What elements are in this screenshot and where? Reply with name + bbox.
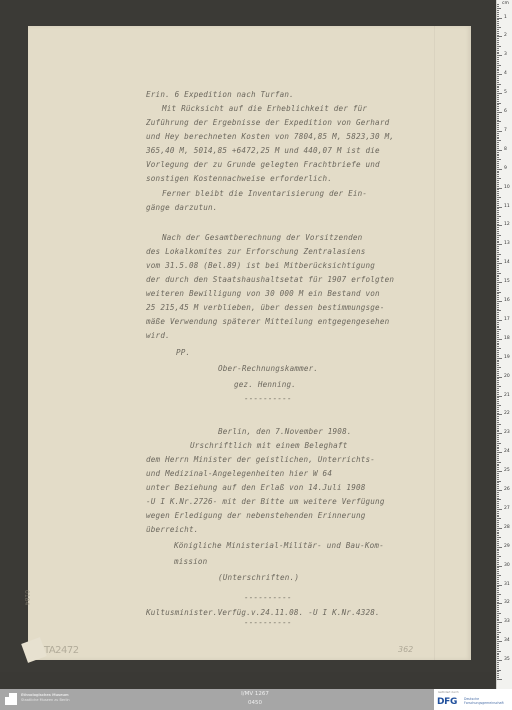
ruler-tick — [497, 227, 499, 228]
ruler-tick — [497, 475, 499, 476]
ruler-tick — [497, 458, 499, 459]
ruler-tick — [497, 632, 501, 633]
ruler-tick — [497, 280, 499, 281]
ruler-tick — [497, 498, 499, 499]
ruler-tick — [497, 392, 499, 393]
ruler-label: 19 — [504, 355, 510, 360]
ruler-tick — [497, 59, 499, 60]
ruler-tick — [497, 82, 499, 83]
text-line: Erin. 6 Expedition nach Turfan. — [146, 90, 294, 99]
ruler-tick — [497, 27, 501, 28]
text-line: mäße Verwendung späterer Mitteilung entg… — [146, 317, 389, 326]
ruler-label: 17 — [504, 317, 510, 322]
ruler-tick — [497, 409, 499, 410]
ruler-tick — [497, 524, 499, 525]
ruler-tick — [497, 649, 499, 650]
ruler-tick — [497, 537, 501, 538]
ruler-tick — [497, 242, 499, 243]
ruler-tick — [497, 666, 499, 667]
ruler-tick — [497, 293, 499, 294]
ruler-tick — [497, 172, 499, 173]
funder-name-line2: Forschungsgemeinschaft — [464, 701, 504, 705]
ruler-tick — [497, 528, 502, 529]
ruler-tick — [497, 358, 502, 359]
text-line: Ober-Rechnungskammer. — [218, 364, 318, 373]
ruler-label: 15 — [504, 279, 510, 284]
ruler-tick — [497, 282, 502, 283]
ruler-tick — [497, 329, 501, 330]
ruler-tick — [497, 4, 499, 5]
ruler-tick — [497, 326, 499, 327]
ruler-tick — [497, 142, 499, 143]
ruler-label: 24 — [504, 449, 510, 454]
text-line: wird. — [146, 331, 170, 340]
ruler-tick — [497, 248, 499, 249]
ruler-tick — [497, 161, 499, 162]
ruler-tick — [497, 465, 499, 466]
ruler-tick — [497, 619, 499, 620]
ruler-tick — [497, 651, 501, 652]
ruler-tick — [497, 473, 499, 474]
ruler-tick — [497, 399, 499, 400]
ruler-tick — [497, 350, 499, 351]
ruler-tick — [497, 636, 499, 637]
ruler-tick — [497, 575, 501, 576]
funder-label: Gefördert durch — [438, 691, 459, 694]
ruler-tick — [497, 382, 499, 383]
ruler-tick — [497, 295, 499, 296]
text-line: Kultusminister.Verfüg.v.24.11.08. -U I K… — [146, 608, 380, 617]
ruler-tick — [497, 133, 499, 134]
ruler-tick — [497, 318, 499, 319]
ruler-tick — [497, 263, 502, 264]
ruler-tick — [497, 199, 499, 200]
ruler-tick — [497, 210, 499, 211]
ruler-tick — [497, 571, 499, 572]
ruler-tick — [497, 380, 499, 381]
ruler-tick — [497, 203, 499, 204]
ruler-tick — [497, 320, 502, 321]
ruler-tick — [497, 448, 499, 449]
ruler-tick — [497, 424, 501, 425]
ruler-tick — [497, 140, 501, 141]
ruler-tick — [497, 265, 499, 266]
ruler-tick — [497, 112, 502, 113]
ruler-tick — [497, 490, 502, 491]
ruler-tick — [497, 235, 501, 236]
ruler-tick — [497, 114, 499, 115]
ruler-tick — [497, 647, 499, 648]
ruler-tick — [497, 52, 499, 53]
ruler-tick — [497, 61, 499, 62]
ruler-tick — [497, 414, 502, 415]
text-line: ---------- — [244, 593, 292, 602]
ruler-tick — [497, 671, 499, 672]
ruler-label: 4 — [504, 71, 507, 76]
ruler-label: 11 — [504, 204, 510, 209]
ruler-label: 31 — [504, 582, 510, 587]
ruler-tick — [497, 118, 499, 119]
ruler-tick — [497, 246, 499, 247]
ruler-tick — [497, 108, 499, 109]
ruler-tick — [497, 72, 499, 73]
ruler-tick — [497, 341, 499, 342]
ruler-tick — [497, 637, 499, 638]
ruler-tick — [497, 428, 499, 429]
text-line: Zuführung der Ergebnisse der Expedition … — [146, 118, 389, 127]
ruler-tick — [497, 189, 499, 190]
ruler-tick — [497, 284, 499, 285]
ruler-tick — [497, 259, 499, 260]
ruler-label: 20 — [504, 374, 510, 379]
ruler-tick — [497, 104, 499, 105]
ruler-tick — [497, 67, 499, 68]
ruler-tick — [497, 677, 499, 678]
ruler-tick — [497, 155, 499, 156]
ruler-tick — [497, 613, 501, 614]
ruler-tick — [497, 443, 501, 444]
ruler-tick — [497, 456, 499, 457]
ruler-label: 34 — [504, 638, 510, 643]
text-line: der durch den Staatshaushaltsetat für 19… — [146, 275, 394, 284]
text-line: 25 215,45 M verblieben, über dessen best… — [146, 303, 385, 312]
ruler-tick — [497, 148, 499, 149]
ruler-tick — [497, 354, 499, 355]
ruler-tick — [497, 558, 499, 559]
ruler-tick — [497, 207, 502, 208]
ruler-tick — [497, 95, 499, 96]
ruler-tick — [497, 437, 499, 438]
margin-note-vertical: 0184 — [23, 590, 30, 605]
ruler-tick — [497, 80, 499, 81]
ruler-tick — [497, 422, 499, 423]
ruler-tick — [497, 516, 499, 517]
ruler-tick — [497, 322, 499, 323]
text-line: des Lokalkomites zur Erforschung Zentral… — [146, 247, 366, 256]
ruler-tick — [497, 125, 499, 126]
ruler-tick — [497, 42, 499, 43]
ruler-tick — [497, 547, 502, 548]
ruler-tick — [497, 208, 499, 209]
text-line: und Medizinal-Angelegenheiten hier W 64 — [146, 469, 332, 478]
ruler-tick — [497, 486, 499, 487]
ruler-tick — [497, 346, 499, 347]
ruler-tick — [497, 477, 499, 478]
ruler-tick — [497, 668, 499, 669]
ruler-tick — [497, 369, 499, 370]
ruler-tick — [497, 550, 499, 551]
ruler-tick — [497, 430, 499, 431]
ruler-tick — [497, 225, 502, 226]
funder-badge: Gefördert durch DFG Deutsche Forschungsg… — [434, 689, 512, 710]
ruler-label: 16 — [504, 298, 510, 303]
ruler-tick — [497, 288, 499, 289]
ruler-tick — [497, 103, 501, 104]
ruler-tick — [497, 386, 501, 387]
ruler-label: 5 — [504, 90, 507, 95]
ruler-tick — [497, 50, 499, 51]
ruler-tick — [497, 365, 499, 366]
ruler-tick — [497, 396, 502, 397]
ruler-label: 35 — [504, 657, 510, 662]
ruler-tick — [497, 541, 499, 542]
ruler-label: 30 — [504, 563, 510, 568]
text-line: ---------- — [244, 618, 292, 627]
ruler-tick — [497, 70, 499, 71]
ruler-tick — [497, 469, 499, 470]
scan-viewport: Erin. 6 Expedition nach Turfan.Mit Rücks… — [0, 0, 497, 672]
ruler-label: 27 — [504, 506, 510, 511]
ruler-tick — [497, 675, 499, 676]
ruler-label: 32 — [504, 600, 510, 605]
ruler-tick — [497, 367, 501, 368]
ruler-label: 6 — [504, 109, 507, 114]
ruler-tick — [497, 89, 499, 90]
ruler-tick — [497, 36, 502, 37]
ruler-tick — [497, 418, 499, 419]
ruler-tick — [497, 583, 499, 584]
ruler-tick — [497, 634, 499, 635]
ruler-tick — [497, 212, 499, 213]
ruler-label: 13 — [504, 241, 510, 246]
ruler-tick — [497, 233, 499, 234]
ruler-tick — [497, 327, 499, 328]
ruler-tick — [497, 121, 501, 122]
margin-note-inventory: TA2472 — [44, 645, 79, 656]
text-line: mission — [174, 557, 207, 566]
ruler-tick — [497, 413, 499, 414]
ruler-tick — [497, 275, 499, 276]
text-line: gez. Henning. — [234, 380, 296, 389]
ruler-label: 25 — [504, 468, 510, 473]
ruler-tick — [497, 106, 499, 107]
ruler-tick — [497, 397, 499, 398]
ruler-tick — [497, 407, 499, 408]
ruler-tick — [497, 99, 499, 100]
ruler-tick — [497, 195, 499, 196]
ruler-tick — [497, 309, 499, 310]
margin-note-page-number: 362 — [398, 645, 413, 654]
text-line: Urschriftlich mit einem Beleghaft — [190, 441, 347, 450]
ruler-tick — [497, 488, 499, 489]
ruler-label: 14 — [504, 260, 510, 265]
ruler-tick — [497, 549, 499, 550]
ruler-label: 1 — [504, 15, 507, 20]
ruler-label: 26 — [504, 487, 510, 492]
ruler-tick — [497, 193, 499, 194]
text-line: weiteren Bewilligung von 30 000 M ein Be… — [146, 289, 380, 298]
ruler-tick — [497, 405, 501, 406]
ruler-tick — [497, 373, 499, 374]
ruler-tick — [497, 144, 499, 145]
ruler-tick — [497, 35, 499, 36]
ruler-label: 10 — [504, 185, 510, 190]
ruler-label: 8 — [504, 147, 507, 152]
ruler-tick — [497, 123, 499, 124]
ruler-tick — [497, 31, 499, 32]
ruler-tick — [497, 333, 499, 334]
ruler-tick — [497, 607, 499, 608]
ruler-tick — [497, 55, 502, 56]
ruler-tick — [497, 556, 501, 557]
ruler-tick — [497, 617, 499, 618]
ruler-tick — [497, 244, 502, 245]
ruler-tick — [497, 626, 499, 627]
ruler-tick — [497, 231, 499, 232]
ruler-tick — [497, 492, 499, 493]
ruler-tick — [497, 292, 501, 293]
ruler-tick — [497, 131, 502, 132]
ruler-tick — [497, 127, 499, 128]
ruler-tick — [497, 229, 499, 230]
ruler-tick — [497, 97, 499, 98]
ruler-tick — [497, 180, 499, 181]
text-line: Königliche Ministerial-Militär- und Bau-… — [174, 541, 384, 550]
ruler-tick — [497, 261, 499, 262]
ruler-tick — [497, 503, 499, 504]
ruler-tick — [497, 218, 499, 219]
text-line: (Unterschriften.) — [218, 573, 299, 582]
ruler-tick — [497, 598, 499, 599]
text-line: -U I K.Nr.2726- mit der Bitte um weitere… — [146, 497, 385, 506]
institution-name: Ethnologisches Museum — [21, 693, 69, 697]
ruler-tick — [497, 394, 499, 395]
text-line: PP. — [176, 348, 190, 357]
ruler-tick — [497, 312, 499, 313]
ruler-tick — [497, 40, 499, 41]
ruler-tick — [497, 53, 499, 54]
ruler-tick — [497, 594, 501, 595]
ruler-tick — [497, 679, 502, 680]
ruler-tick — [497, 560, 499, 561]
ruler-tick — [497, 545, 499, 546]
ruler-tick — [497, 602, 499, 603]
ruler-tick — [497, 16, 499, 17]
ruler-tick — [497, 577, 499, 578]
ruler-tick — [497, 150, 502, 151]
ruler-tick — [497, 216, 501, 217]
ruler-tick — [497, 205, 499, 206]
ruler-tick — [497, 157, 499, 158]
ruler-tick — [497, 220, 499, 221]
ruler-tick — [497, 639, 499, 640]
ruler-tick — [497, 303, 499, 304]
ruler-tick — [497, 653, 499, 654]
ruler-tick — [497, 307, 499, 308]
ruler-tick — [497, 135, 499, 136]
ruler-tick — [497, 339, 502, 340]
ruler-tick — [497, 87, 499, 88]
ruler-tick — [497, 513, 499, 514]
ruler-tick — [497, 25, 499, 26]
ruler-tick — [497, 499, 501, 500]
ruler-tick — [497, 654, 499, 655]
ruler-tick — [497, 57, 499, 58]
ruler-tick — [497, 567, 499, 568]
ruler-tick — [497, 624, 499, 625]
ruler-tick — [497, 290, 499, 291]
ruler-tick — [497, 314, 499, 315]
ruler-tick — [497, 276, 499, 277]
ruler-tick — [497, 301, 502, 302]
ruler-tick — [497, 241, 499, 242]
ruler-tick — [497, 44, 499, 45]
ruler-tick — [497, 278, 499, 279]
ruler-tick — [497, 176, 499, 177]
ruler-tick — [497, 384, 499, 385]
ruler-tick — [497, 579, 499, 580]
ruler-tick — [497, 605, 499, 606]
ruler-tick — [497, 152, 499, 153]
ruler-tick — [497, 224, 499, 225]
ruler-tick — [497, 222, 499, 223]
ruler-tick — [497, 454, 499, 455]
ruler-tick — [497, 585, 502, 586]
ruler-tick — [497, 590, 499, 591]
ruler-tick — [497, 377, 502, 378]
ruler-tick — [497, 33, 499, 34]
text-line: unter Beziehung auf den Erlaß von 14.Jul… — [146, 483, 366, 492]
text-line: überreicht. — [146, 525, 199, 534]
ruler-tick — [497, 532, 499, 533]
ruler-tick — [497, 530, 499, 531]
ruler-tick — [497, 507, 499, 508]
ruler-tick — [497, 348, 501, 349]
ruler-tick — [497, 447, 499, 448]
text-line: Nach der Gesamtberechnung der Vorsitzend… — [162, 233, 362, 242]
ruler-tick — [497, 371, 499, 372]
ruler-tick — [497, 622, 502, 623]
ruler-tick — [497, 569, 499, 570]
ruler-tick — [497, 91, 499, 92]
ruler-tick — [497, 611, 499, 612]
cm-ruler: cm 1234567891011121314151617181920212223… — [496, 0, 512, 690]
ruler-tick — [497, 522, 499, 523]
ruler-tick — [497, 343, 499, 344]
ruler-tick — [497, 19, 499, 20]
page-number: 0450 — [240, 700, 270, 706]
ruler-tick — [497, 670, 501, 671]
ruler-tick — [497, 533, 499, 534]
ruler-tick — [497, 509, 502, 510]
ruler-tick — [497, 10, 499, 11]
ruler-tick — [497, 539, 499, 540]
ruler-tick — [497, 76, 499, 77]
ruler-tick — [497, 184, 499, 185]
ruler-label: 29 — [504, 544, 510, 549]
ruler-tick — [497, 664, 499, 665]
ruler-tick — [497, 267, 499, 268]
ruler-tick — [497, 505, 499, 506]
ruler-tick — [497, 641, 502, 642]
ruler-tick — [497, 603, 502, 604]
text-line: vom 31.5.08 (Bel.89) ist bei Mitberücksi… — [146, 261, 375, 270]
ruler-tick — [497, 48, 499, 49]
ruler-tick — [497, 178, 501, 179]
ruler-tick — [497, 14, 499, 15]
ruler-tick — [497, 8, 501, 9]
ruler-tick — [497, 441, 499, 442]
ruler-tick — [497, 214, 499, 215]
ruler-tick — [497, 658, 499, 659]
ruler-tick — [497, 452, 502, 453]
ruler-label: 3 — [504, 52, 507, 57]
ruler-tick — [497, 378, 499, 379]
text-line: gänge darzutun. — [146, 203, 218, 212]
ruler-tick — [497, 501, 499, 502]
ruler-tick — [497, 154, 499, 155]
record-id: I/MV 1267 — [240, 691, 270, 697]
